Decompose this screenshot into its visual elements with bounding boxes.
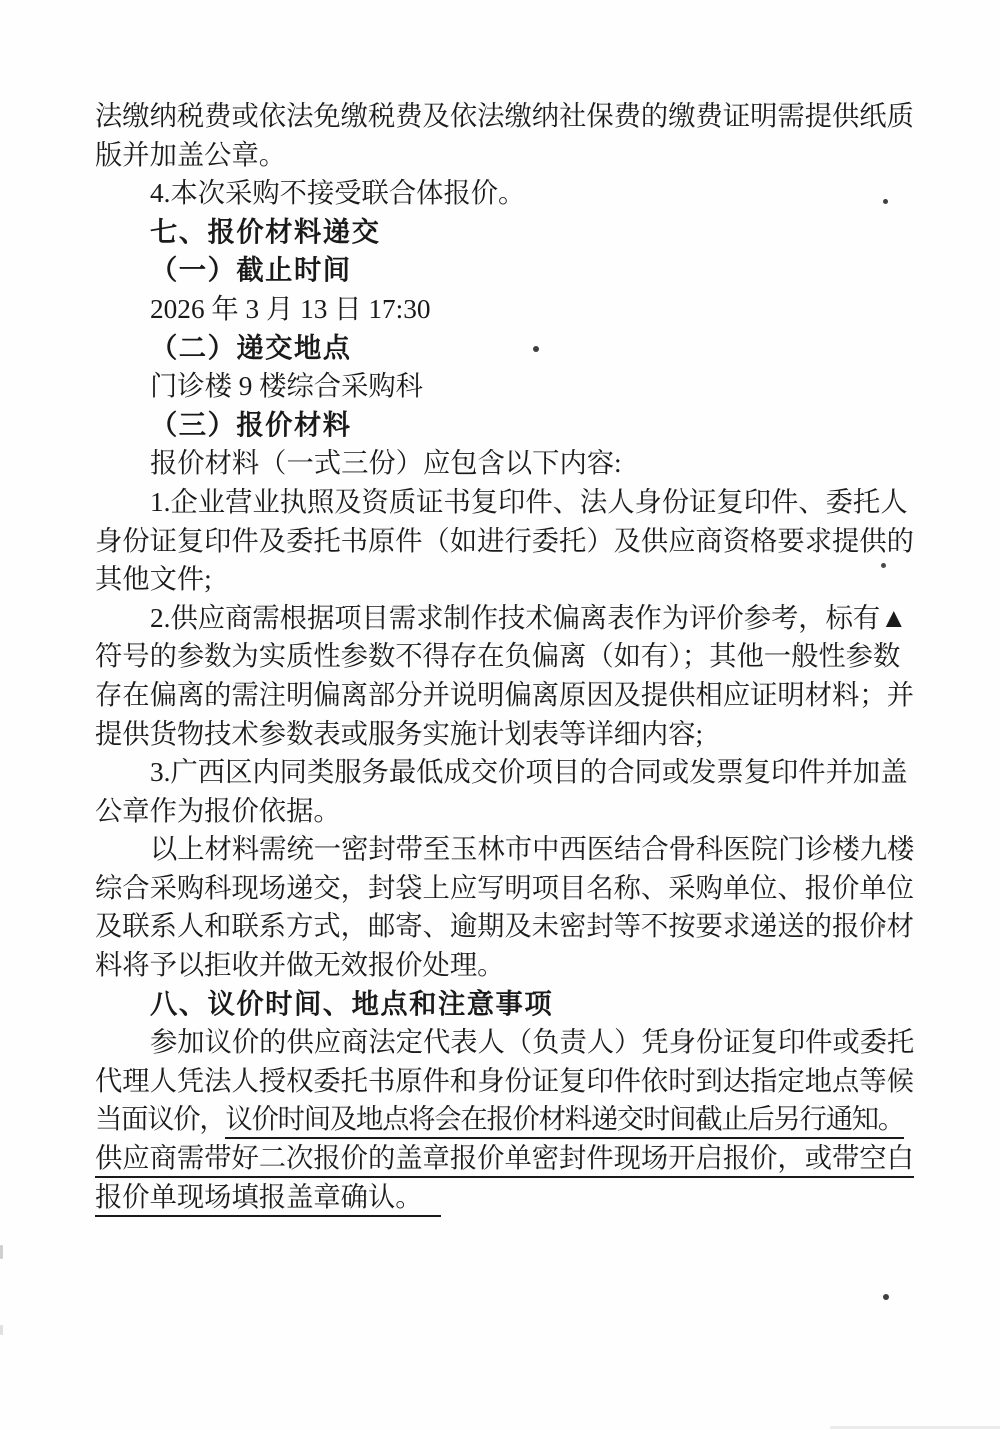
heading-line: 七、报价材料递交 [95,213,919,252]
heading-line: （二）递交地点 [95,329,919,368]
text-line: 2.供应商需根据项目需求制作技术偏离表作为评价参考，标有▲ [95,599,919,638]
scan-artifact-dot [883,199,888,204]
heading-line: （三）报价材料 [95,406,919,445]
scan-artifact-dot [533,346,539,352]
text-line: 综合采购科现场递交，封袋上应写明项目名称、采购单位、报价单位 [95,869,919,908]
text-line: 提供货物技术参数表或服务实施计划表等详细内容; [95,715,919,754]
text-line: 版并加盖公章。 [95,136,919,175]
underlined-text: 供应商需带好二次报价的盖章报价单密封件现场开启报价，或带空白 [95,1143,914,1178]
text-line: 其他文件; [95,560,919,599]
text-line: 存在偏离的需注明偏离部分并说明偏离原因及提供相应证明材料；并 [95,676,919,715]
text-line: 法缴纳税费或依法免缴税费及依法缴纳社保费的缴费证明需提供纸质 [95,97,919,136]
text-line: 3.广西区内同类服务最低成交价项目的合同或发票复印件并加盖 [95,753,919,792]
text-line: 门诊楼 9 楼综合采购科 [95,367,919,406]
text-line: 4.本次采购不接受联合体报价。 [95,174,919,213]
text-line: 当面议价，议价时间及地点将会在报价材料递交时间截止后另行通知。 [95,1100,919,1139]
text-line: 参加议价的供应商法定代表人（负责人）凭身份证复印件或委托 [95,1023,919,1062]
scan-artifact-dot [883,1294,889,1300]
document-body: 法缴纳税费或依法免缴税费及依法缴纳社保费的缴费证明需提供纸质版并加盖公章。4.本… [95,97,919,1216]
text-line: 以上材料需统一密封带至玉林市中西医结合骨科医院门诊楼九楼 [95,830,919,869]
underlined-text: 报价单现场填报盖章确认。 [95,1182,441,1217]
text-line: 报价材料（一式三份）应包含以下内容: [95,444,919,483]
text-line: 2026 年 3 月 13 日 17:30 [95,290,919,329]
text-line: 公章作为报价依据。 [95,792,919,831]
text-line: 身份证复印件及委托书原件（如进行委托）及供应商资格要求提供的 [95,522,919,561]
text-line: 1.企业营业执照及资质证书复印件、法人身份证复印件、委托人 [95,483,919,522]
scan-artifact-streak [0,1245,3,1259]
text-line: 供应商需带好二次报价的盖章报价单密封件现场开启报价，或带空白 [95,1139,919,1178]
scan-artifact-dot [881,924,885,928]
scan-artifact-streak [0,1325,3,1335]
heading-line: 八、议价时间、地点和注意事项 [95,985,919,1024]
heading-line: （一）截止时间 [95,251,919,290]
plain-text: 当面议价， [95,1104,225,1134]
text-line: 及联系人和联系方式，邮寄、逾期及未密封等不按要求递送的报价材 [95,907,919,946]
text-line: 代理人凭法人授权委托书原件和身份证复印件依时到达指定地点等候 [95,1062,919,1101]
scan-artifact-dot [881,563,886,568]
text-line: 符号的参数为实质性参数不得存在负偏离（如有）；其他一般性参数 [95,637,919,676]
scan-artifact-streak [830,1426,1000,1429]
document-page: 法缴纳税费或依法免缴税费及依法缴纳社保费的缴费证明需提供纸质版并加盖公章。4.本… [0,0,1000,1430]
text-line: 报价单现场填报盖章确认。 [95,1178,919,1217]
underlined-text: 议价时间及地点将会在报价材料递交时间截止后另行通知。 [225,1104,904,1139]
text-line: 料将予以拒收并做无效报价处理。 [95,946,919,985]
scan-artifact-dot [534,726,538,730]
